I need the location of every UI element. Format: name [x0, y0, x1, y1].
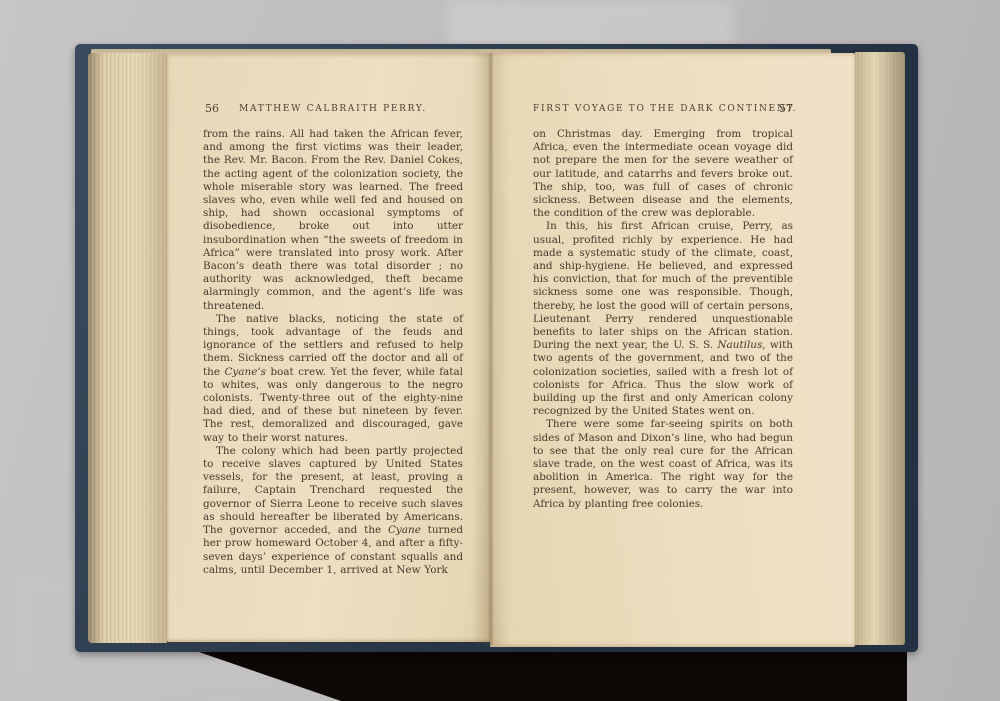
text-run: There were some far-seeing spirits on bo… [533, 418, 793, 509]
right-running-header: FIRST VOYAGE TO THE DARK CONTINENT. 57 [533, 104, 793, 118]
paragraph: There were some far-seeing spirits on bo… [533, 418, 793, 510]
left-header-title: MATTHEW CALBRAITH PERRY. [239, 104, 427, 114]
left-running-header: 56 MATTHEW CALBRAITH PERRY. [203, 104, 463, 118]
paragraph: The colony which had been partly project… [203, 445, 463, 577]
paragraph: from the rains. All had taken the Africa… [203, 128, 463, 313]
text-run: on Christmas day. Emerging from tropical… [533, 128, 793, 219]
paragraph: on Christmas day. Emerging from tropical… [533, 128, 793, 220]
left-page-number: 56 [205, 102, 219, 115]
left-page-edge-stack [88, 53, 167, 643]
left-page-text: from the rains. All had taken the Africa… [203, 128, 463, 577]
photo-of-open-book: 56 MATTHEW CALBRAITH PERRY. from the rai… [0, 0, 1000, 701]
right-header-title: FIRST VOYAGE TO THE DARK CONTINENT. [533, 104, 797, 114]
text-run: The colony which had been partly project… [203, 445, 463, 536]
right-page-edge-stack [855, 52, 905, 645]
text-run-italic: Cyane’s [224, 366, 266, 378]
open-book: 56 MATTHEW CALBRAITH PERRY. from the rai… [75, 44, 918, 652]
right-page-text: on Christmas day. Emerging from tropical… [533, 128, 793, 511]
text-run-italic: Nautilus [717, 339, 762, 351]
text-run: from the rains. All had taken the Africa… [203, 128, 463, 312]
text-run: In this, his first African cruise, Perry… [533, 220, 793, 351]
text-run-italic: Cyane [388, 524, 421, 536]
paragraph: The native blacks, noticing the state of… [203, 313, 463, 445]
paragraph: In this, his first African cruise, Perry… [533, 220, 793, 418]
right-page-number: 57 [779, 102, 793, 115]
